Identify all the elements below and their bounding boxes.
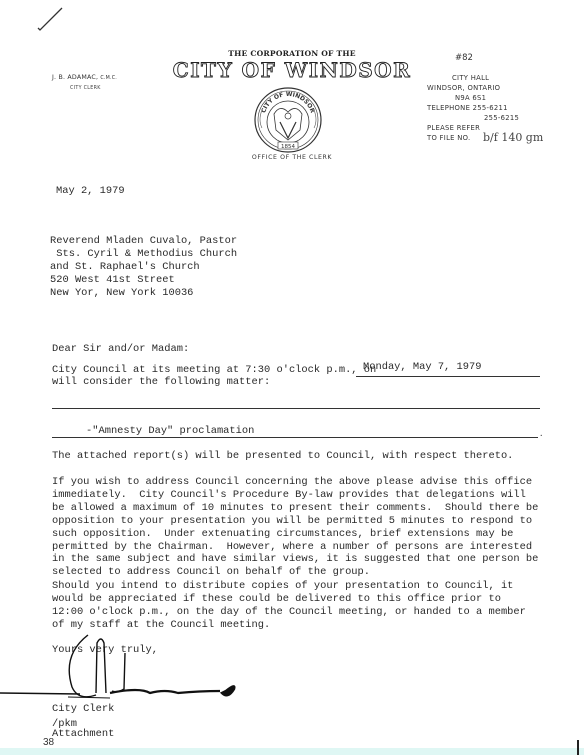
address-line: TO FILE NO. bbox=[427, 134, 470, 142]
enclosure-note: Attachment bbox=[52, 728, 114, 741]
address-line: 255-6215 bbox=[484, 114, 519, 122]
council-consider-line: will consider the following matter: bbox=[52, 376, 270, 389]
svg-text:1854: 1854 bbox=[281, 144, 295, 150]
paragraph-line: opposition to your presentation you will… bbox=[52, 515, 538, 528]
file-number: b/f 140 gm bbox=[483, 131, 543, 144]
corporation-line: THE CORPORATION OF THE bbox=[0, 49, 584, 58]
letter-date: May 2, 1979 bbox=[56, 185, 125, 198]
paragraph-line: such opposition. Under extenuating circu… bbox=[52, 528, 538, 541]
recipient-line: New Yor, New York 10036 bbox=[50, 287, 237, 300]
scan-edge-mark bbox=[577, 740, 579, 755]
paragraph-line: be allowed a maximum of 10 minutes to pr… bbox=[52, 502, 538, 515]
paragraph-line: 12:00 o'clock p.m., on the day of the Co… bbox=[52, 606, 526, 619]
address-line: CITY HALL bbox=[452, 74, 489, 82]
scan-edge-band bbox=[0, 748, 584, 755]
city-seal-icon: CITY OF WINDSOR 1854 bbox=[250, 86, 326, 154]
recipient-line: 520 West 41st Street bbox=[50, 274, 237, 287]
checkmark-annotation-icon bbox=[36, 6, 66, 32]
paragraph-line: immediately. City Council's Procedure By… bbox=[52, 489, 538, 502]
meeting-date-underline bbox=[356, 376, 540, 377]
recipient-line: Reverend Mladen Cuvalo, Pastor bbox=[50, 235, 237, 248]
recipient-block: Reverend Mladen Cuvalo, Pastor Sts. Cyri… bbox=[50, 235, 237, 300]
address-line: TELEPHONE 255-6211 bbox=[427, 104, 508, 112]
copies-paragraph: Should you intend to distribute copies o… bbox=[52, 580, 526, 632]
recipient-line: and St. Raphael's Church bbox=[50, 261, 237, 274]
paragraph-line: selected to address Council on behalf of… bbox=[52, 566, 538, 579]
matter-underline bbox=[52, 437, 538, 438]
salutation: Dear Sir and/or Madam: bbox=[52, 343, 189, 356]
address-line: WINDSOR, ONTARIO bbox=[427, 84, 500, 92]
council-meeting-line: City Council at its meeting at 7:30 o'cl… bbox=[52, 364, 376, 377]
matter-period-mark: . bbox=[540, 428, 543, 439]
meeting-date: Monday, May 7, 1979 bbox=[363, 361, 481, 374]
office-line: OFFICE OF THE CLERK bbox=[0, 154, 584, 161]
paragraph-line: Should you intend to distribute copies o… bbox=[52, 580, 526, 593]
paragraph-line: If you wish to address Council concernin… bbox=[52, 476, 538, 489]
paragraph-line: permitted by the Chairman. However, wher… bbox=[52, 541, 538, 554]
recipient-line: Sts. Cyril & Methodius Church bbox=[50, 248, 237, 261]
paragraph-line: in the same subject and have similar vie… bbox=[52, 553, 538, 566]
address-line: N9A 6S1 bbox=[455, 94, 486, 102]
reference-number: #82 bbox=[455, 53, 473, 63]
city-title: CITY OF WINDSOR bbox=[0, 58, 584, 82]
clerk-title: CITY CLERK bbox=[70, 86, 101, 91]
paragraph-line: would be appreciated if these could be d… bbox=[52, 593, 526, 606]
procedure-paragraph: If you wish to address Council concernin… bbox=[52, 476, 538, 579]
matter-item: -"Amnesty Day" proclamation bbox=[86, 425, 254, 438]
address-line: PLEASE REFER bbox=[427, 124, 480, 132]
signer-title: City Clerk bbox=[52, 703, 114, 716]
signature-icon bbox=[0, 625, 240, 705]
blank-underline bbox=[52, 408, 540, 409]
attached-report-line: The attached report(s) will be presented… bbox=[52, 450, 513, 463]
page-number: 38 bbox=[43, 737, 54, 748]
